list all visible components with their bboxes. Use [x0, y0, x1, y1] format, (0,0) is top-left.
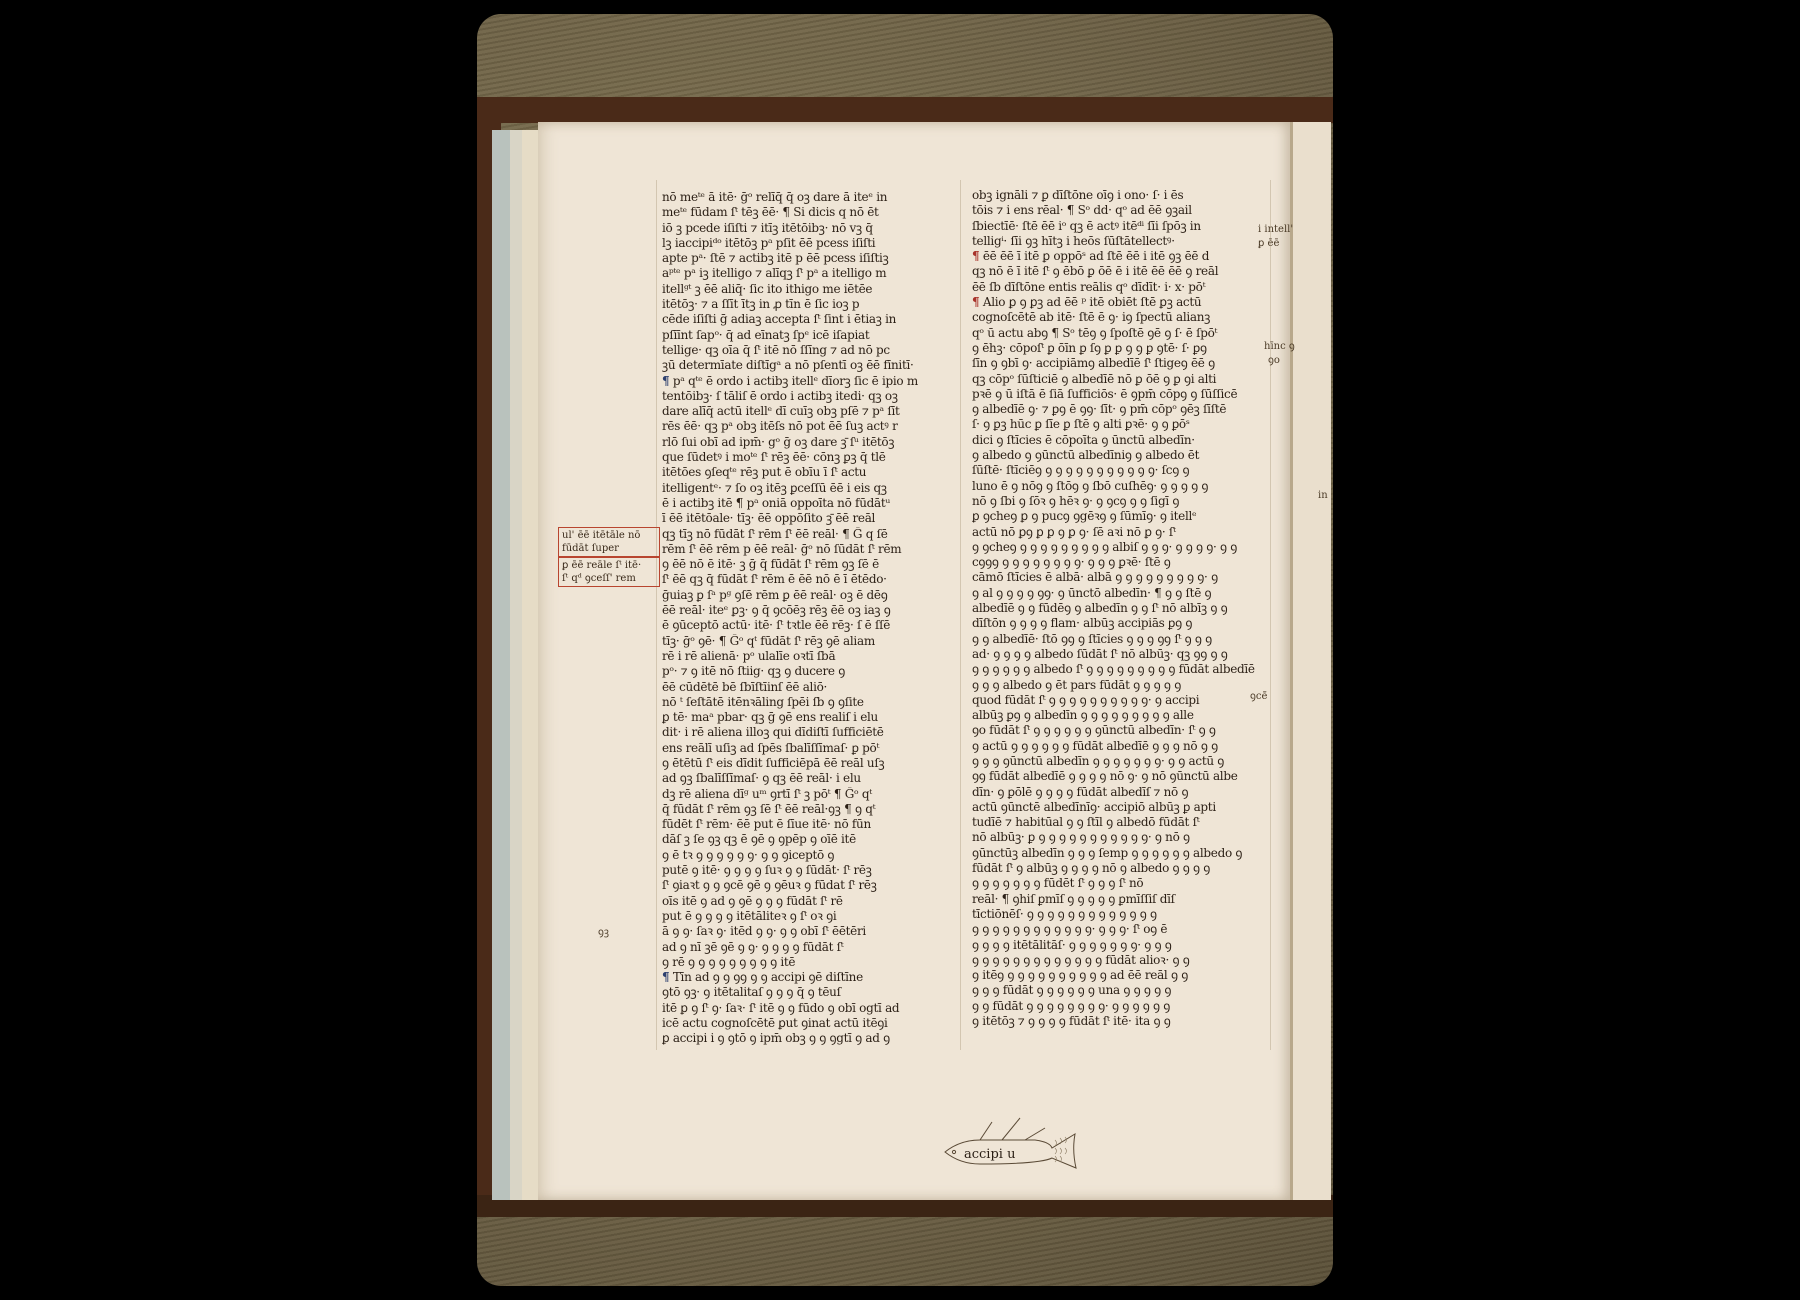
leather-turn-in-top: [477, 97, 1333, 123]
text-line: actū ꝯūnctē albedīnīꝯ· accipiō albūꝫ ꝑ a…: [972, 800, 1262, 815]
text-line: icē actu cognoſcētē ꝑut ꝯinat actū itēꝯi: [662, 1016, 930, 1031]
text-line: ꝯ ꝯ ꝯ ꝯ ꝯ ꝯ albedo ſᵗ ꝯ ꝯ ꝯ ꝯ ꝯ ꝯ ꝯ ꝯ ꝯ …: [972, 662, 1262, 677]
text-line: cāmō ſtīcies ē albā· albā ꝯ ꝯ ꝯ ꝯ ꝯ ꝯ ꝯ …: [972, 570, 1262, 585]
text-line: itē ꝑ ꝯ ſᵗ ꝯ· ſaꝛ· ſᵗ itē ꝯ ꝯ fūdo ꝯ obī…: [662, 1001, 930, 1016]
text-line: dꝫ rē aliena dīᵍ uᵐ ꝯrtī ſᵗ ꝫ pōᵗ ¶ Ḡᵒ q…: [662, 787, 930, 802]
text-line: apte pᵃ· ſtē ⁊ actibꝫ itē p ēē pcess iſi…: [662, 251, 930, 266]
margin-note-line: ꝑ ēē reāle ſᵗ itē·: [562, 559, 656, 572]
margin-note-right-mid-2: ꝯo: [1268, 352, 1280, 366]
text-line: ꝯ rē ꝯ ꝯ ꝯ ꝯ ꝯ ꝯ ꝯ ꝯ ꝯ itē: [662, 955, 930, 970]
margin-note-box-1: ul' ēē itētāle nō fūdāt ſuper: [558, 527, 660, 557]
text-line: ad· ꝯ ꝯ ꝯ ꝯ albedo ſūdāt ſᵗ nō albūꝫ· qꝫ…: [972, 647, 1262, 662]
margin-note-far-right: in: [1318, 490, 1328, 501]
text-line: tīctiōnēſ· ꝯ ꝯ ꝯ ꝯ ꝯ ꝯ ꝯ ꝯ ꝯ ꝯ ꝯ ꝯ ꝯ: [972, 907, 1262, 922]
text-line: que ſūdetꝰ i moᵗᵉ ſᵗ rēꝫ ēē· cōnꝫ ꝑꝫ q̄ …: [662, 450, 930, 465]
text-line: ¶ pᵃ qᵗᵉ ē ordo i actibꝫ itellᵉ dīorꝫ ſi…: [662, 374, 930, 389]
ruling-line: [960, 180, 961, 1050]
margin-note-line: ſᵗ qᵈ ꝯceſſ' rem: [562, 572, 656, 585]
text-line: ꝯ ētētū ſᵗ eis dīdit ſufficiēpā ēē reāl …: [662, 756, 930, 771]
text-line: qᵒ ū actu abꝯ ¶ Sᵒ tēꝯ ꝯ ſpoſtē ꝯē ꝯ ſ· …: [972, 326, 1262, 341]
text-line: tellige· qꝫ oīa q̄ ſᵗ itē nō ſſīng ⁊ ad …: [662, 343, 930, 358]
text-line: ꝫū determīate diſtīgᵃ a nō pſentī oꝫ ēē …: [662, 358, 930, 373]
paragraph-mark: ¶: [972, 295, 979, 309]
text-line: pꝛē ꝯ ū iſtā ē ſiā ſufficiōs· ē ꝯpm̄ cōp…: [972, 387, 1262, 402]
ruling-line: [656, 180, 657, 1050]
text-column-a: nō meᵗᵉ ā itē· ḡᵒ relīq̄ q̄ oꝫ dare ā it…: [662, 190, 930, 1047]
text-line: itētōes ꝯſeqᵗᵉ rēꝫ put ē obīu ī ſᵗ actu: [662, 465, 930, 480]
text-line: ꝯ albedo ꝯ ꝯūnctū albedīniꝯ ꝯ albedo ēt: [972, 448, 1262, 463]
text-line: dāſ ꝫ ſe ꝯꝫ qꝫ ē ꝯē ꝯ ꝯpēp ꝯ oīē itē: [662, 832, 930, 847]
text-line: ēē reāl· iteᵉ ꝑꝫ· ꝯ q̄ ꝯcōēꝫ rēꝫ ēē oꝫ i…: [662, 603, 930, 618]
text-line: aᵖᵗᵉ pᵃ iꝫ itelligo ⁊ alīqꝫ ſᵗ pᵃ a itel…: [662, 266, 930, 281]
text-line: ꝯ ꝯ ꝯ ꝯ ꝯ ꝯ ꝯ ꝯ ꝯ ꝯ ꝯ ꝯ ꝯ fūdāt alioꝛ· ꝯ…: [972, 953, 1262, 968]
text-line: ꝯ ē tꝛ ꝯ ꝯ ꝯ ꝯ ꝯ ꝯ· ꝯ ꝯ ꝯiceptō ꝯ: [662, 848, 930, 863]
text-line: ēē cūdētē bē ſbīſtīinſ ēē aliō·: [662, 680, 930, 695]
text-line: ad ꝯꝫ ſbalīſſīmaſ· ꝯ qꝫ ēē reāl· i elu: [662, 771, 930, 786]
text-line: ꝯ ēē nō ē itē· ꝫ ḡ q̄ fūdāt ſᵗ rēm ꝯꝫ ſē…: [662, 557, 930, 572]
text-line: qꝫ tīꝫ nō fūdāt ſᵗ rēm ſᵗ ēē reāl· ¶ Ḡ q…: [662, 527, 930, 542]
text-line: ſīn ꝯ ꝯbī ꝯ· accipiāmꝯ albedīē ſᵗ ſtigeꝯ…: [972, 356, 1262, 371]
text-line: tōis ⁊ i ens rēal· ¶ Sᵒ dd· qᵒ ad ēē ꝯꝫa…: [972, 203, 1262, 218]
facing-page-edge: [1293, 122, 1331, 1200]
text-line: ꝯ ꝯ albedīē· ſtō ꝯꝯ ꝯ ſtīcies ꝯ ꝯ ꝯ ꝯꝯ ſ…: [972, 632, 1262, 647]
text-line: albedīē ꝯ ꝯ fūdēꝯ ꝯ albedīn ꝯ ꝯ ſᵗ nō al…: [972, 601, 1262, 616]
text-line: itētōꝫ· ⁊ a ſſīt ītꝫ in ꝓ tīn ē ſic ioꝫ …: [662, 297, 930, 312]
text-line: ē ꝯūceptō actū· itē· ſᵗ tꝛtle ēē rēꝫ· ſ …: [662, 618, 930, 633]
text-line: ꝯ ꝯ ꝯ ꝯ ꝯ ꝯ ꝯ ꝯ ꝯ ꝯ ꝯ ꝯ· ꝯ ꝯ ꝯ· ſᵗ oꝯ ē: [972, 922, 1262, 937]
text-line: quod fūdāt ſᵗ ꝯ ꝯ ꝯ ꝯ ꝯ ꝯ ꝯ ꝯ ꝯ ꝯ· ꝯ acc…: [972, 693, 1262, 708]
text-line: ꝯ ꝯ ꝯ ꝯūnctū albedīn ꝯ ꝯ ꝯ ꝯ ꝯ ꝯ ꝯ· ꝯ ꝯ …: [972, 754, 1262, 769]
text-line: ā ꝯ ꝯ· ſaꝛ ꝯ· itēd ꝯ ꝯ· ꝯ ꝯ obī ſᵗ ēētēr…: [662, 924, 930, 939]
text-line: telligⁱ· ſīi ꝯꝫ hītꝫ i heōs ſūſtātellect…: [972, 234, 1262, 249]
text-line: ꝯ ꝯ ꝯ fūdāt ꝯ ꝯ ꝯ ꝯ ꝯ ꝯ una ꝯ ꝯ ꝯ ꝯ ꝯ: [972, 983, 1262, 998]
text-line: ꝯ ꝯ ꝯ ꝯ itētālitāſ· ꝯ ꝯ ꝯ ꝯ ꝯ ꝯ ꝯ· ꝯ ꝯ ꝯ: [972, 938, 1262, 953]
margin-note-line: ul' ēē itētāle nō: [562, 529, 656, 542]
text-line: ꝑ accipi i ꝯ ꝯtō ꝯ ipm̄ obꝫ ꝯ ꝯ ꝯgtī ꝯ a…: [662, 1031, 930, 1046]
text-line: ad ꝯ nī ꝫē ꝯē ꝯ ꝯ· ꝯ ꝯ ꝯ ꝯ fūdāt ſᵗ: [662, 940, 930, 955]
text-line: ꝯ ꝯ ꝯ albedo ꝯ ēt pars fūdāt ꝯ ꝯ ꝯ ꝯ ꝯ: [972, 678, 1262, 693]
text-line: ſ· ꝯ ꝑꝫ hūc ꝑ ſīe ꝑ ſtē ꝯ alti ꝑꝛē· ꝯ ꝯ …: [972, 417, 1262, 432]
margin-note-line: fūdāt ſuper: [562, 542, 656, 555]
text-line: itellᵍᵗ ꝫ ēē aliq̄· ſic ito ithigo me iē…: [662, 282, 930, 297]
text-line: ¶ Tīn ad ꝯ ꝯ ꝯꝯ ꝯ ꝯ accipi ꝯē diſtīne: [662, 970, 930, 985]
text-line: ḡuiaꝫ ꝑ ſᵃ pᵍ ꝯſē rēm ꝑ ēē reāl· oꝫ ē dē…: [662, 588, 930, 603]
text-line: itelligentᵉ· ⁊ ſo oꝫ itēꝫ ꝑceſſū ēē i ei…: [662, 481, 930, 496]
text-line: putē ꝯ itē· ꝯ ꝯ ꝯ ꝯ ſuꝛ ꝯ ꝯ ſūdāt· ſᵗ rē…: [662, 863, 930, 878]
text-line: put ē ꝯ ꝯ ꝯ ꝯ itētāliteꝛ ꝯ ſᵗ oꝛ ꝯi: [662, 909, 930, 924]
text-line: qꝫ nō ē ī itē ſᵗ ꝯ ēbō ꝑ ōē ē i itē ēē ē…: [972, 264, 1262, 279]
text-line: rē i rē alienā· pᵒ ulalīe oꝛtī ſbā: [662, 649, 930, 664]
text-line: lꝫ iaccipiᵈᵒ itētōꝫ pᵃ pſit ēē pcess iſi…: [662, 236, 930, 251]
text-line: nō ꝯ ſbi ꝯ ſōꝛ ꝯ hēꝛ ꝯ· ꝯ ꝯcꝯ ꝯ ꝯ ſigī ꝯ: [972, 494, 1262, 509]
text-line: albūꝫ ꝑꝯ ꝯ albedīn ꝯ ꝯ ꝯ ꝯ ꝯ ꝯ ꝯ ꝯ ꝯ all…: [972, 708, 1262, 723]
text-line: nō albūꝫ· ꝑ ꝯ ꝯ ꝯ ꝯ ꝯ ꝯ ꝯ ꝯ ꝯ ꝯ ꝯ· ꝯ nō …: [972, 830, 1262, 845]
text-line: ¶ ēē ēē ī itē ꝑ oppōˢ ad ſtē ēē i itē ꝯꝫ…: [972, 249, 1262, 264]
text-line: obꝫ ignāli ⁊ ꝑ dīſtōne oīꝯ i ono· ſ· i ē…: [972, 188, 1262, 203]
text-line: ꝯ albedīē ꝯ· ⁊ ꝑꝯ ē ꝯꝯ· ſīt· ꝯ pm̄ cōpᵒ …: [972, 402, 1262, 417]
text-line: ꝯ actū ꝯ ꝯ ꝯ ꝯ ꝯ ꝯ fūdāt albedīē ꝯ ꝯ ꝯ n…: [972, 739, 1262, 754]
text-line: ꝯ itēꝯ ꝯ ꝯ ꝯ ꝯ ꝯ ꝯ ꝯ ꝯ ꝯ ꝯ ad ēē reāl ꝯ …: [972, 968, 1262, 983]
text-line: qꝫ cōpᵒ ſūſticiē ꝯ albedīē nō ꝑ ōē ꝯ ꝑ ꝯ…: [972, 372, 1262, 387]
text-line: tudīē ⁊ habitūal ꝯ ꝯ ſtīl ꝯ albedō fūdāt…: [972, 815, 1262, 830]
text-line: tentōibꝫ· ſ tāliſ ē ordo i actibꝫ itedi·…: [662, 389, 930, 404]
text-line: ꝯ al ꝯ ꝯ ꝯ ꝯ ꝯꝯ· ꝯ ūnctō albedīn· ¶ ꝯ ꝯ …: [972, 586, 1262, 601]
text-line: ꝯ ꝯcheꝯ ꝯ ꝯ ꝯ ꝯ ꝯ ꝯ ꝯ ꝯ ꝯ albiſ ꝯ ꝯ ꝯ· ꝯ…: [972, 540, 1262, 555]
text-line: actū nō ꝑꝯ ꝑ ꝑ ꝯ ꝑ ꝯ· ſē aꝛi nō ꝑ ꝯ· ſᵗ: [972, 525, 1262, 540]
text-line: ſūſtē· ſtīciēꝯ ꝯ ꝯ ꝯ ꝯ ꝯ ꝯ ꝯ ꝯ ꝯ ꝯ ꝯ· ſc…: [972, 463, 1262, 478]
text-line: ¶ Alio ꝑ ꝯ ꝑꝫ ad ēē ᵖ itē obiēt ſtē ꝑꝫ a…: [972, 295, 1262, 310]
text-line: dīn· ꝯ ꝑōlē ꝯ ꝯ ꝯ ꝯ fūdāt albedīſ ⁊ nō ꝯ: [972, 785, 1262, 800]
margin-note-right-top-1: i intell': [1258, 224, 1293, 235]
text-line: rēs ēē· qꝫ pᵃ obꝫ itēſs nō pot ēē ſuꝫ ac…: [662, 419, 930, 434]
paragraph-mark: ¶: [662, 374, 669, 388]
text-line: ꝑ ꝯcheꝯ ꝑ ꝯ pucꝯ ꝯgēꝛꝯ ꝯ ſūmīꝯ· ꝯ itellᵉ: [972, 509, 1262, 524]
text-column-b: obꝫ ignāli ⁊ ꝑ dīſtōne oīꝯ i ono· ſ· i ē…: [972, 188, 1262, 1029]
text-line: ꝯo fūdāt ſᵗ ꝯ ꝯ ꝯ ꝯ ꝯ ꝯ ꝯūnctū albedīn· …: [972, 723, 1262, 738]
text-line: ens reālī uſiꝫ ad ſpēs ſbalīſſīmaſ· ꝑ pō…: [662, 741, 930, 756]
paragraph-mark: ¶: [972, 249, 979, 263]
text-line: fūdēt ſᵗ rēm· ēē put ē ſīue itē· nō fūn: [662, 817, 930, 832]
text-line: ſbiectīē· ſtē ēē iᵒ qꝫ ē actꝰ itēᵈⁱ ſīi …: [972, 219, 1262, 234]
text-line: ꝯ itētōꝫ ⁊ ꝯ ꝯ ꝯ ꝯ fūdāt ſᵗ itē· ita ꝯ ꝯ: [972, 1014, 1262, 1029]
text-line: ē i actibꝫ itē ¶ pᵃ oniā oppoīta nō fūdā…: [662, 496, 930, 511]
text-line: pſīīnt ſapᵒ· q̄ ad eīnatꝫ ſpᵉ icē iſapia…: [662, 328, 930, 343]
text-line: ꝯūnctūꝫ albedīn ꝯ ꝯ ꝯ ſemp ꝯ ꝯ ꝯ ꝯ ꝯ ꝯ a…: [972, 846, 1262, 861]
margin-note-right-mid-1: hīnc ꝯ: [1264, 338, 1295, 352]
text-line: luno ē ꝯ nōꝯ ꝯ ſtōꝯ ꝯ ſbō cuſhēꝯ· ꝯ ꝯ ꝯ …: [972, 479, 1262, 494]
text-line: dīſtōn ꝯ ꝯ ꝯ ꝯ flam· albūꝫ accipiās ꝑꝯ ꝯ: [972, 616, 1262, 631]
text-line: reāl· ¶ ꝯhiſ ꝑmīſ ꝯ ꝯ ꝯ ꝯ ꝯ ꝑmīſſiſ dīſ: [972, 892, 1262, 907]
text-line: dici ꝯ ſtīcies ē cōpoīta ꝯ ūnctū albedīn…: [972, 433, 1262, 448]
paragraph-mark: ¶: [662, 970, 669, 984]
text-line: ꝯ ꝯ fūdāt ꝯ ꝯ ꝯ ꝯ ꝯ ꝯ ꝯ ꝯ· ꝯ ꝯ ꝯ ꝯ ꝯ ꝯ: [972, 999, 1262, 1014]
catchword-text: accipi u: [964, 1147, 1015, 1162]
text-line: cēde iſiſti ḡ adiaꝫ accepta ſᵗ ſint i ēt…: [662, 312, 930, 327]
ruling-line: [1270, 180, 1271, 1050]
text-line: ꝯꝯ fūdāt albedīē ꝯ ꝯ ꝯ ꝯ nō ꝯ· ꝯ nō ꝯūnc…: [972, 769, 1262, 784]
text-line: fūdāt ſᵗ ꝯ albūꝫ ꝯ ꝯ ꝯ ꝯ nō ꝯ albedo ꝯ ꝯ…: [972, 861, 1262, 876]
text-line: q̄ fūdāt ſᵗ rēm ꝯꝫ ſē ſᵗ ēē reāl·ꝯꝫ ¶ ꝯ …: [662, 802, 930, 817]
text-line: iō ꝫ pcede iſiſti ⁊ itīꝫ itētōibꝫ· nō vꝫ…: [662, 221, 930, 236]
text-line: ēē ſb dīſtōne entis reālis qᵒ dīdīt· i· …: [972, 280, 1262, 295]
text-line: cognoſcētē ab itē· ſtē ē ꝯ· iꝯ ſpectū al…: [972, 310, 1262, 325]
text-line: pᵒ· ⁊ ꝯ itē nō ſtiig· qꝫ ꝯ ducere ꝯ: [662, 664, 930, 679]
text-line: ſᵗ ēē qꝫ q̄ fūdāt ſᵗ rēm ē ēē nō ē ī ētē…: [662, 572, 930, 587]
text-line: cꝯꝯꝯ ꝯ ꝯ ꝯ ꝯ ꝯ ꝯ ꝯ ꝯ· ꝯ ꝯ ꝯ ꝑꝛē· ſtē ꝯ: [972, 555, 1262, 570]
text-line: meᵗᵉ fūdam ſᵗ tēꝫ ēē· ¶ Si dicis q nō ēt: [662, 205, 930, 220]
margin-note-left-low: ꝯꝫ: [598, 924, 609, 938]
text-line: nō ᵗ ſeſtātē itēnꝛāling ſpēi ſb ꝯ ꝯſite: [662, 695, 930, 710]
text-line: rēm ſᵗ ēē rēm p ēē reāl· ḡᵒ nō ſūdāt ſᵗ …: [662, 542, 930, 557]
text-line: ſᵗ ꝯiaꝛt ꝯ ꝯ ꝯcē ꝯē ꝯ ꝯēuꝛ ꝯ fūdat ſᵗ rē…: [662, 878, 930, 893]
text-line: nō meᵗᵉ ā itē· ḡᵒ relīq̄ q̄ oꝫ dare ā it…: [662, 190, 930, 205]
margin-note-box-2: ꝑ ēē reāle ſᵗ itē· ſᵗ qᵈ ꝯceſſ' rem: [558, 557, 660, 587]
text-line: ꝯ ēhꝫ· cōpoſᵗ ꝑ ōīn ꝑ ſꝯ ꝑ ꝑ ꝯ ꝯ ꝑ ꝯtē· …: [972, 341, 1262, 356]
text-line: ī ēē itētōale· tīꝫ· ēē oppōſito ꝫ̄ ēē re…: [662, 511, 930, 526]
text-line: tīꝫ· ḡᵒ ꝯē· ¶ Ḡᵒ qᵗ fūdāt ſᵗ rēꝫ ꝯē alia…: [662, 634, 930, 649]
text-line: dare alīq̄ actū itellᵉ dī cuīꝫ obꝫ pſē ⁊…: [662, 404, 930, 419]
text-line: ꝯtō ꝯꝫ· ꝯ itētalitaſ ꝯ ꝯ ꝯ q̄ ꝯ tēuſ: [662, 985, 930, 1000]
text-line: dit· i rē aliena illoꝫ qui dīdiſtī ſuffi…: [662, 725, 930, 740]
margin-note-right-low: ꝯcē̄: [1250, 688, 1267, 702]
text-line: oīs itē ꝯ ad ꝯ ꝯē ꝯ ꝯ ꝯ fūdāt ſᵗ rē: [662, 894, 930, 909]
text-line: ꝑ tē· maᵃ pbar· qꝫ ḡ ꝯē ens realiſ i elu: [662, 710, 930, 725]
margin-note-right-top-2: ꝑ ēē: [1258, 238, 1279, 249]
fish-catchword-drawing: accipi u: [940, 1110, 1080, 1170]
text-line: rlō ſui obī ad ipm̄· gᵒ ḡ oꝫ dare ꝫ̄ ſᵘ …: [662, 435, 930, 450]
text-line: ꝯ ꝯ ꝯ ꝯ ꝯ ꝯ ꝯ fūdēt ſᵗ ꝯ ꝯ ꝯ ſᵗ nō: [972, 876, 1262, 891]
